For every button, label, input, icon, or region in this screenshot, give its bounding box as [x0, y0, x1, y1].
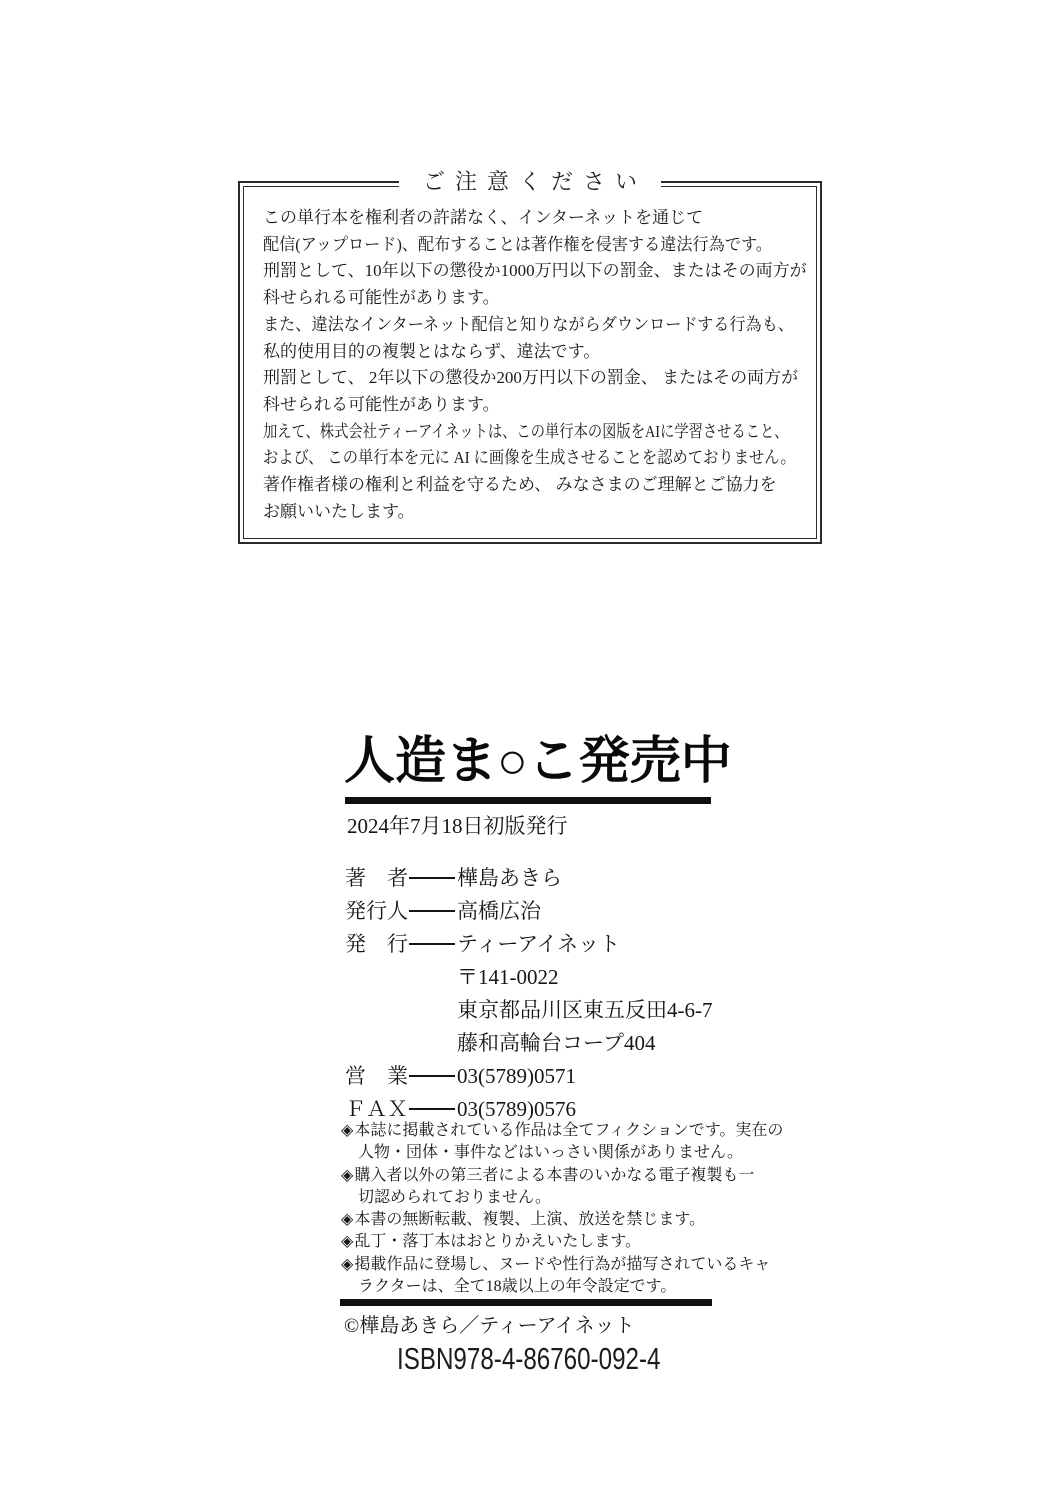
note-line: ◈購入者以外の第三者による本書のいかなる電子複製も一 [341, 1165, 783, 1187]
label-dash [409, 910, 455, 912]
label-dash [409, 877, 455, 879]
warning-line: 配信(アップロード)、配布することは著作権を侵害する違法行為です。 [263, 232, 783, 259]
warning-line: 加えて、株式会社ティーアイネットは、この単行本の図版をAIに学習させること、 [263, 419, 722, 446]
warning-line: 刑罰として、 2年以下の懲役か200万円以下の罰金、 またはその両方が [263, 365, 810, 392]
colophon-block: 著 者樺島あきら 発行人高橋広治 発 行ティーアイネット 〒141-0022 東… [345, 862, 713, 1126]
edition-date: 2024年7月18日初版発行 [347, 810, 568, 840]
colophon-row-address: 東京都品川区東五反田4-6-7 [345, 994, 713, 1027]
colophon-page: ご注意ください この単行本を権利者の許諾なく、インターネットを通じて 配信(アッ… [0, 0, 1057, 1500]
note-line: ◈本誌に掲載されている作品は全てフィクションです。実在の [341, 1120, 783, 1142]
row-value: 東京都品川区東五反田4-6-7 [457, 998, 713, 1022]
copyright-warning-box: ご注意ください この単行本を権利者の許諾なく、インターネットを通じて 配信(アッ… [238, 181, 822, 544]
colophon-row-publisher: 発 行ティーアイネット [345, 928, 713, 961]
row-label: ＦＡＸ [345, 1093, 409, 1123]
row-value: 高橋広治 [457, 899, 541, 923]
legal-notes: ◈本誌に掲載されている作品は全てフィクションです。実在の 人物・団体・事件などは… [341, 1120, 783, 1298]
row-value: 樺島あきら [457, 866, 562, 890]
warning-line: 著作権者様の権利と利益を守るため、 みなさまのご理解とご協力を [263, 472, 810, 499]
isbn-number: ISBN978-4-86760-092-4 [397, 1341, 660, 1377]
warning-box-title: ご注意ください [399, 167, 661, 197]
warning-line: 科せられる可能性があります。 [263, 285, 810, 312]
row-label: 著 者 [345, 862, 409, 892]
colophon-row-sales-phone: 営 業03(5789)0571 [345, 1060, 713, 1093]
title-rule [345, 797, 711, 804]
warning-box-body: この単行本を権利者の許諾なく、インターネットを通じて 配信(アップロード)、配布… [263, 205, 810, 525]
row-value: 〒141-0022 [457, 965, 559, 989]
colophon-row-postal-code: 〒141-0022 [345, 961, 713, 994]
diamond-marker-icon: ◈ [341, 1233, 353, 1250]
colophon-row-publisher-person: 発行人高橋広治 [345, 895, 713, 928]
label-dash [409, 1108, 455, 1110]
colophon-row-address2: 藤和高輪台コープ404 [345, 1027, 713, 1060]
label-dash [409, 1075, 455, 1077]
note-line: ◈本書の無断転載、複製、上演、放送を禁じます。 [341, 1209, 783, 1231]
warning-line: また、違法なインターネット配信と知りながらダウンロードする行為も、 [263, 312, 783, 339]
note-line: ラクターは、全て18歳以上の年令設定です。 [358, 1276, 783, 1298]
warning-line: 科せられる可能性があります。 [263, 392, 810, 419]
diamond-marker-icon: ◈ [341, 1167, 353, 1184]
footer-rule [340, 1299, 712, 1306]
row-value: ティーアイネット [457, 932, 620, 956]
note-line: ◈乱丁・落丁本はおとりかえいたします。 [341, 1231, 783, 1253]
label-dash [409, 943, 455, 945]
note-line: ◈掲載作品に登場し、ヌードや性行為が描写されているキャ [341, 1254, 783, 1276]
row-value: 03(5789)0576 [457, 1097, 576, 1121]
row-label: 発 行 [345, 928, 409, 958]
warning-line: 私的使用目的の複製とはならず、違法です。 [263, 339, 810, 366]
book-title: 人造ま○こ発売中 [344, 719, 732, 793]
copyright-line: ©樺島あきら／ティーアイネット [344, 1309, 635, 1338]
diamond-marker-icon: ◈ [341, 1256, 353, 1273]
row-label: 発行人 [345, 895, 409, 925]
warning-line: お願いいたします。 [263, 499, 810, 526]
warning-line: および、 この単行本を元に AI に画像を生成させることを認めておりません。 [263, 445, 755, 472]
note-text: 本誌に掲載されている作品は全てフィクションです。実在の [354, 1122, 783, 1139]
row-value: 藤和高輪台コープ404 [457, 1031, 655, 1055]
row-value: 03(5789)0571 [457, 1064, 576, 1088]
note-text: 掲載作品に登場し、ヌードや性行為が描写されているキャ [354, 1256, 770, 1273]
diamond-marker-icon: ◈ [341, 1211, 353, 1228]
warning-line: この単行本を権利者の許諾なく、インターネットを通じて [263, 205, 810, 232]
diamond-marker-icon: ◈ [341, 1122, 353, 1139]
colophon-row-author: 著 者樺島あきら [345, 862, 713, 895]
note-text: 購入者以外の第三者による本書のいかなる電子複製も一 [354, 1167, 754, 1184]
note-text: 乱丁・落丁本はおとりかえいたします。 [354, 1233, 641, 1250]
note-line: 人物・団体・事件などはいっさい関係がありません。 [358, 1142, 783, 1164]
row-label: 営 業 [345, 1060, 409, 1090]
note-line: 切認められておりません。 [358, 1187, 783, 1209]
warning-line: 刑罰として、10年以下の懲役か1000万円以下の罰金、またはその両方が [263, 258, 810, 285]
note-text: 本書の無断転載、複製、上演、放送を禁じます。 [354, 1211, 705, 1228]
